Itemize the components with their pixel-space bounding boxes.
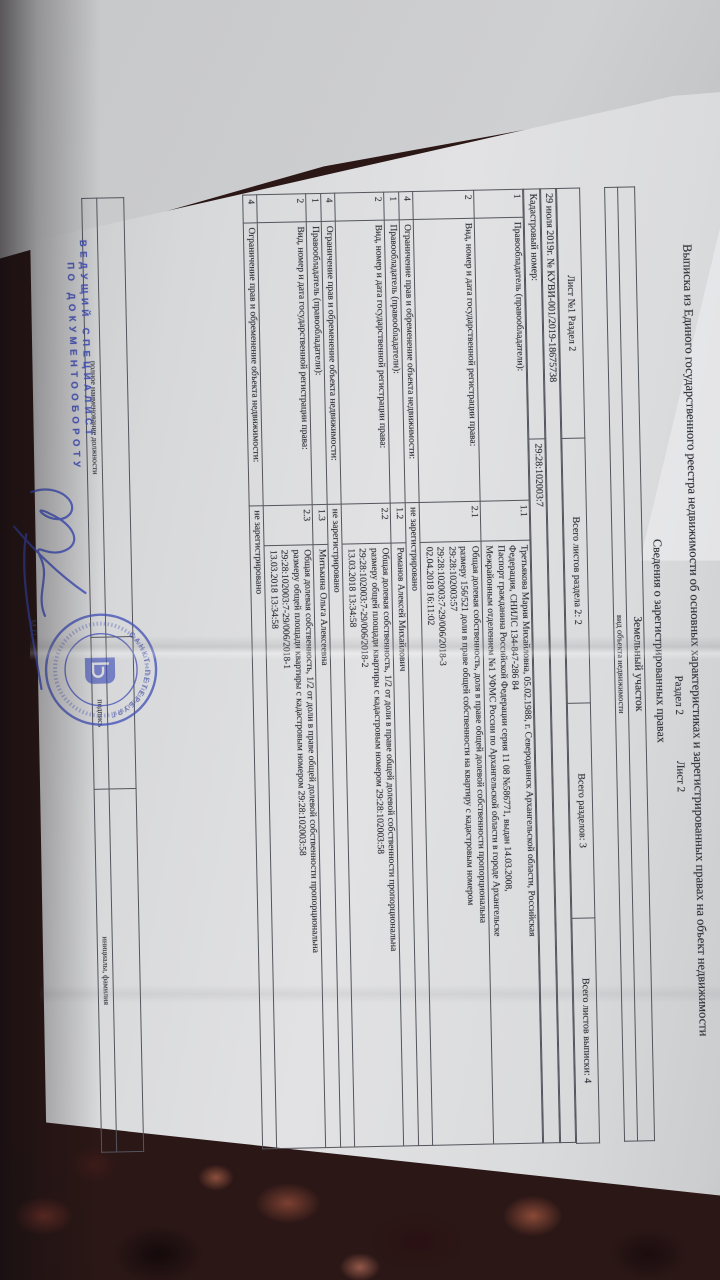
section-label: Раздел 2 [672, 675, 685, 715]
rights-cell-num: 1 [306, 193, 321, 221]
rights-cell-sub: 1.1 [480, 500, 530, 541]
rights-cell-cnt: Общая долевая собственность, доля в прав… [420, 541, 493, 1145]
rights-cell-sub: 2.2 [342, 503, 392, 544]
rights-cell-sub: 2.3 [264, 505, 314, 546]
stamp-emblem [85, 657, 116, 684]
photo-scene: Выписка из Единого государственного реес… [0, 0, 720, 1280]
total-sections-cell: Всего разделов: 3 [567, 703, 594, 918]
round-stamp: САНКТ-ПЕТЕРБУРГ [40, 608, 162, 730]
rights-cell-sub: 1.3 [313, 504, 328, 544]
rights-cell-num: 4 [321, 193, 336, 221]
rights-cell-num: 4 [399, 192, 414, 220]
sheet-number-cell: Лист №1 Раздел 2 [557, 188, 585, 438]
rights-cell-sub: 2.1 [420, 501, 481, 542]
rights-cell-lbl: Вид, номер и дата государственной регист… [414, 218, 480, 502]
rights-cell-sub: 1.2 [391, 503, 406, 543]
rights-cell-num: 1 [474, 189, 524, 218]
rights-cell-lbl: Вид, номер и дата государственной регист… [258, 222, 313, 506]
rights-table: 1Правообладатель (правообладатели):1.1Тр… [242, 189, 543, 1150]
rights-cell-lbl: Правообладатель (правообладатели): [474, 217, 529, 501]
rights-cell-num: 2 [257, 194, 307, 223]
sheet-label: Лист 2 [674, 761, 687, 793]
rights-cell-lbl: Вид, номер и дата государственной регист… [336, 220, 391, 504]
rights-cell-num: 1 [384, 192, 399, 220]
rights-cell-num: 2 [413, 190, 474, 219]
sheets-in-section-cell: Всего листов раздела 2: 2 [562, 438, 591, 703]
egrn-extract-document: Выписка из Единого государственного реес… [0, 135, 720, 1159]
rights-cell-num: 4 [243, 195, 258, 223]
rights-cell-num: 2 [335, 192, 385, 221]
total-sheets-cell: Всего листов выписки: 4 [572, 918, 600, 1143]
